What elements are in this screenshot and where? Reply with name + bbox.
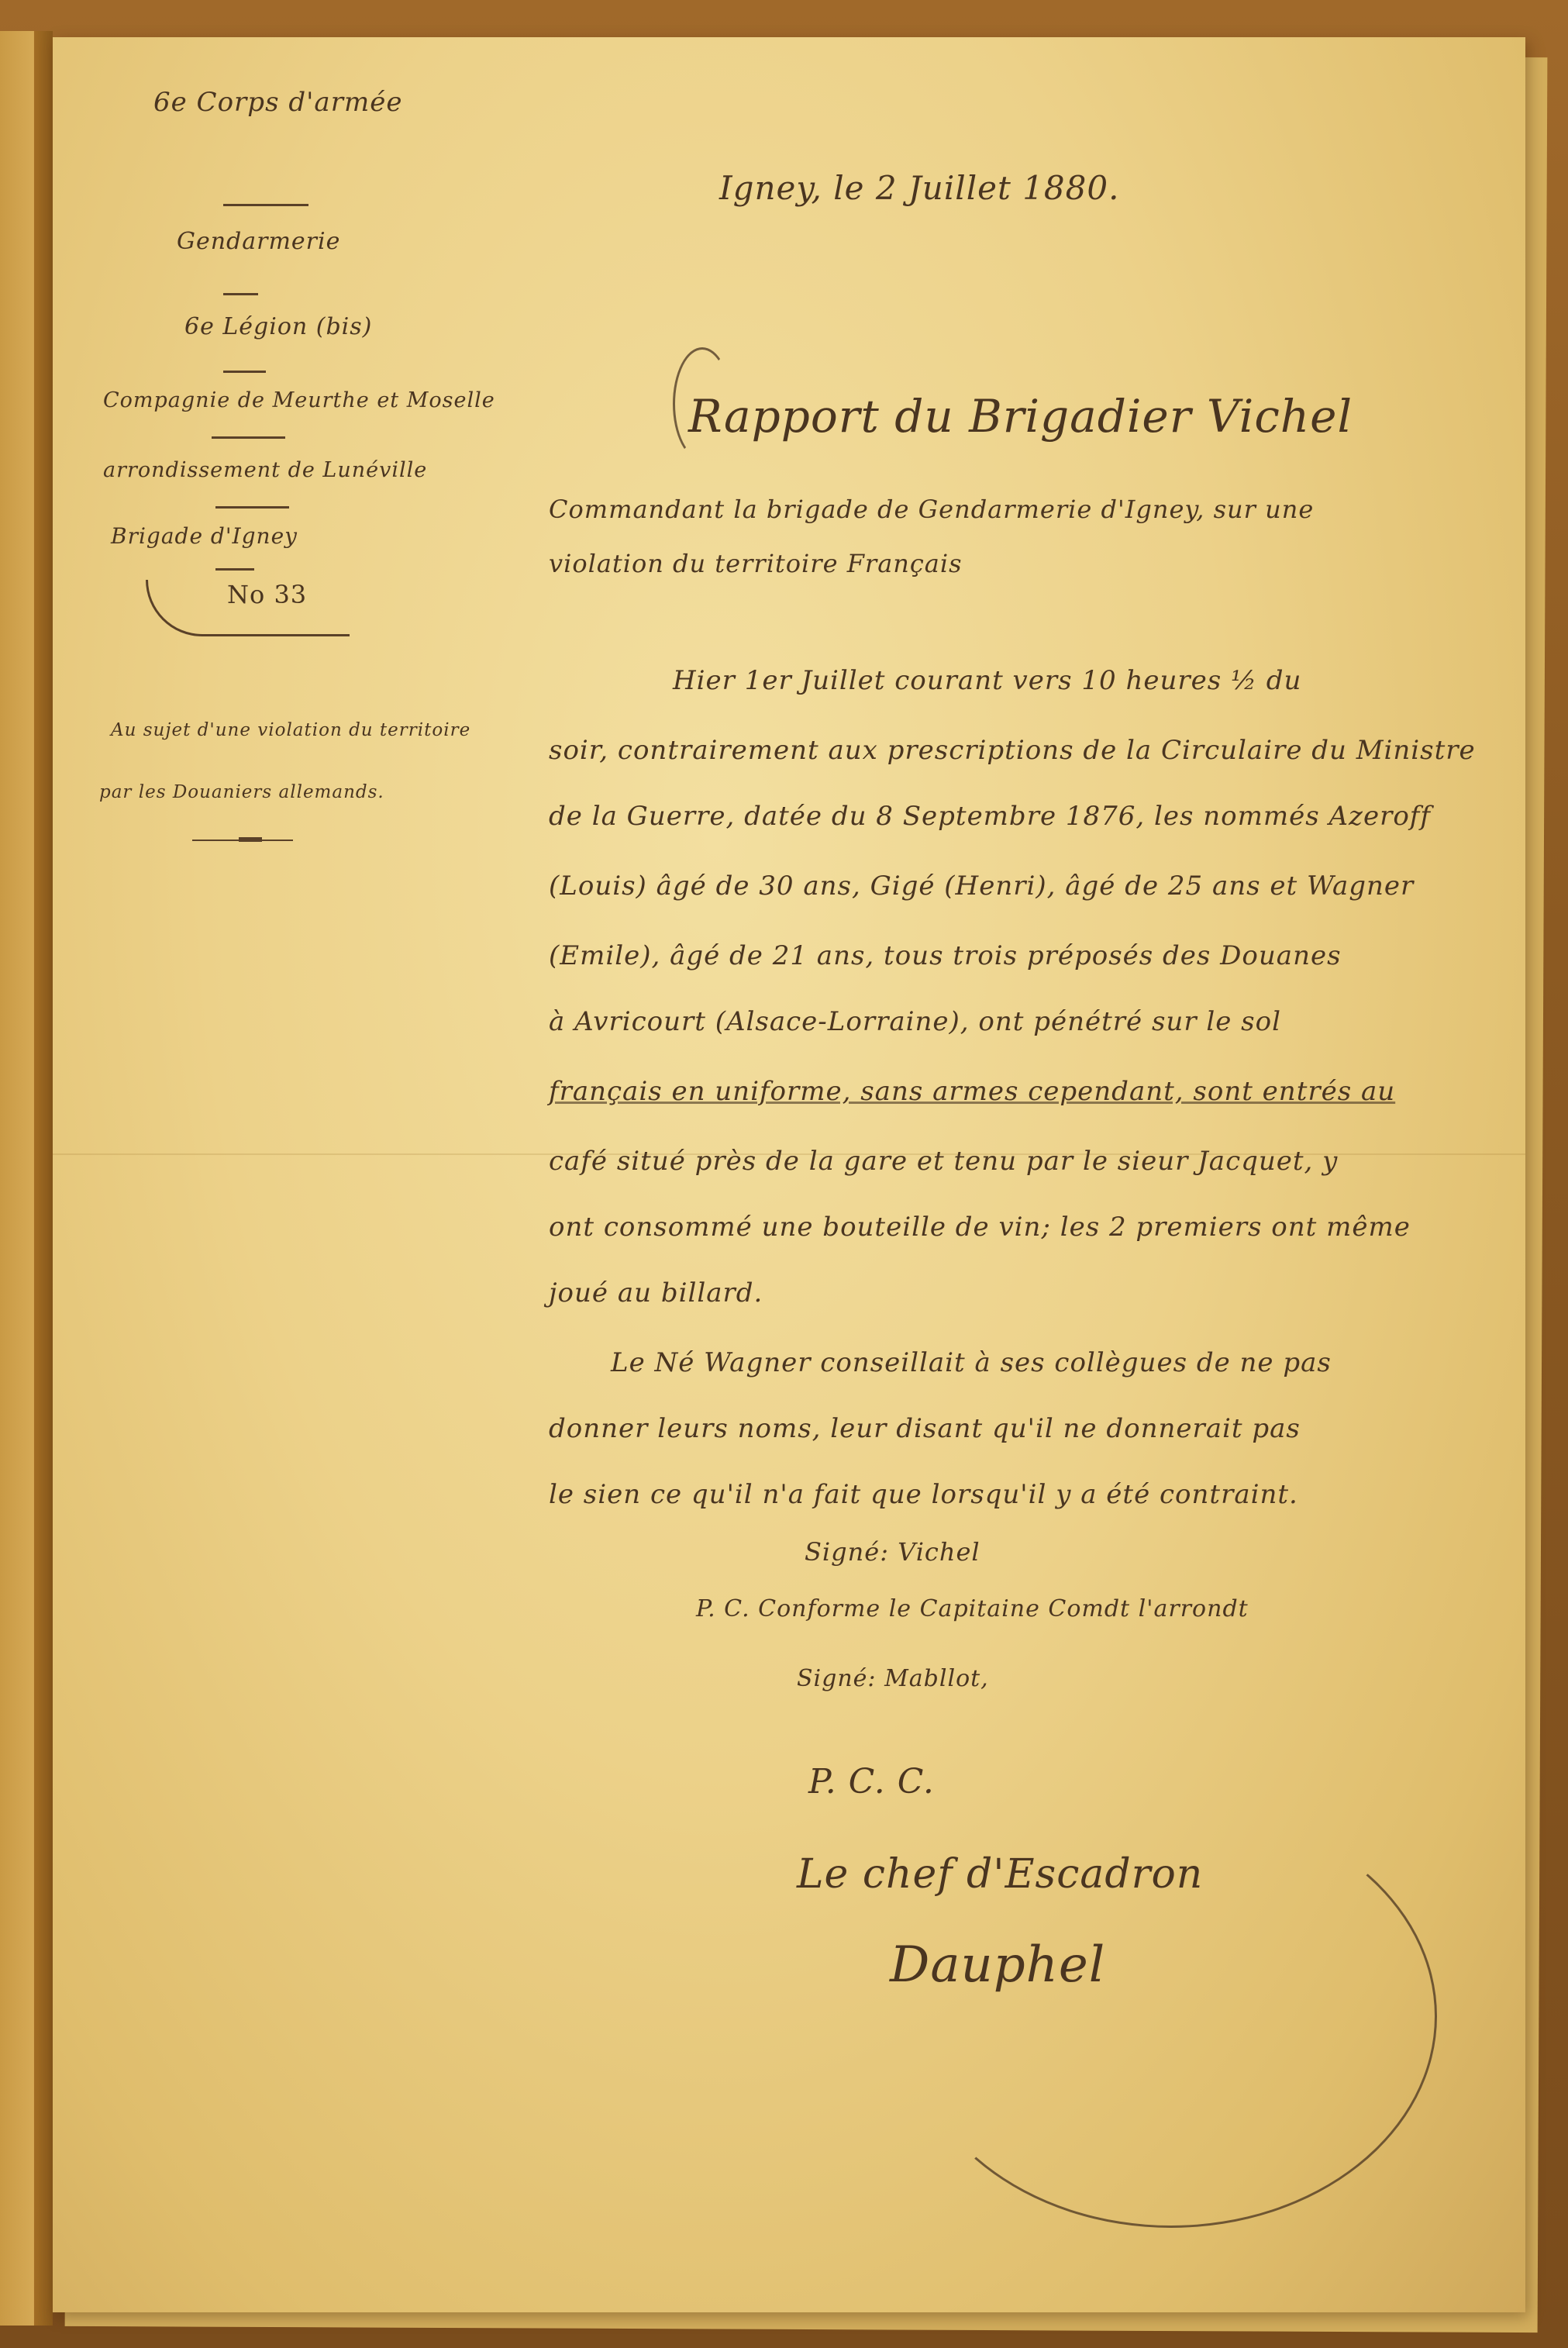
margin-rule (215, 506, 289, 509)
margin-gendarmerie: Gendarmerie (177, 231, 340, 253)
signed-mabllot: Signé: Mabllot, (797, 1665, 989, 1692)
body-line: le sien ce qu'il n'a fait que lorsqu'il … (549, 1479, 1298, 1510)
signature-flourish (905, 1805, 1437, 2228)
body-line: donner leurs noms, leur disant qu'il ne … (549, 1413, 1301, 1444)
body-line: café situé près de la gare et tenu par l… (549, 1146, 1338, 1177)
body-line: Hier 1er Juillet courant vers 10 heures … (673, 665, 1301, 696)
margin-rule (223, 293, 258, 295)
margin-subject-line-1: Au sujet d'une violation du territoire (111, 719, 470, 741)
margin-army-corps: 6e Corps d'armée (153, 91, 402, 113)
document-sheet: 6e Corps d'armée Gendarmerie 6e Légion (… (53, 37, 1525, 2312)
body-line: (Emile), âgé de 21 ans, tous trois prépo… (549, 940, 1342, 971)
signed-vichel: Signé: Vichel (805, 1537, 980, 1567)
body-line: français en uniforme, sans armes cependa… (549, 1076, 1395, 1107)
certification-line: P. C. Conforme le Capitaine Comdt l'arro… (696, 1595, 1249, 1622)
margin-subject-line-2: par les Douaniers allemands. (99, 781, 384, 803)
body-line: ont consommé une bouteille de vin; les 2… (549, 1212, 1411, 1243)
body-line: Le Né Wagner conseillait à ses collègues… (611, 1347, 1332, 1378)
margin-rule-mark (239, 837, 262, 842)
page-gutter (34, 31, 53, 2326)
margin-rule (212, 436, 285, 439)
title-subtitle-line-1: Commandant la brigade de Gendarmerie d'I… (549, 495, 1314, 524)
margin-arrondissement: arrondissement de Lunéville (103, 460, 427, 481)
body-line: de la Guerre, datée du 8 Septembre 1876,… (549, 801, 1431, 832)
margin-rule (223, 204, 308, 206)
place-date: Igney, le 2 Juillet 1880. (719, 169, 1119, 207)
body-line: soir, contrairement aux prescriptions de… (549, 735, 1476, 766)
report-title: Rapport du Brigadier Vichel (688, 390, 1353, 443)
margin-rule (223, 371, 266, 373)
body-line: à Avricourt (Alsace-Lorraine), ont pénét… (549, 1006, 1281, 1037)
pcc-mark: P. C. C. (808, 1762, 935, 1802)
margin-legion: 6e Légion (bis) (184, 316, 372, 338)
margin-brigade: Brigade d'Igney (111, 526, 298, 547)
number-flourish (146, 580, 350, 636)
margin-company: Compagnie de Meurthe et Moselle (103, 390, 495, 412)
title-subtitle-line-2: violation du territoire Français (549, 549, 963, 578)
margin-rule (215, 568, 254, 571)
body-line: joué au billard. (549, 1277, 763, 1308)
title-flourish (673, 347, 732, 460)
body-line: (Louis) âgé de 30 ans, Gigé (Henri), âgé… (549, 871, 1414, 902)
